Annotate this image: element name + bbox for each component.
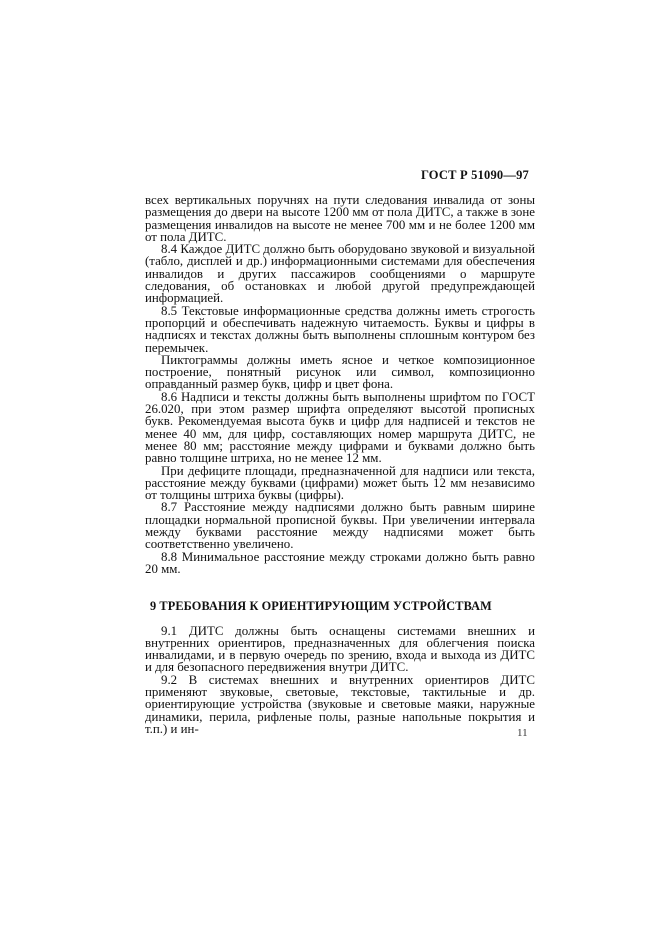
paragraph-area-deficit: При дефиците площади, предназначенной дл…	[145, 465, 535, 502]
paragraph-pictograms: Пиктограммы должны иметь ясное и четкое …	[145, 354, 535, 391]
paragraph-8-7: 8.7 Расстояние между надписями должно бы…	[145, 501, 535, 550]
paragraph-8-4: 8.4 Каждое ДИТС должно быть оборудовано …	[145, 243, 535, 304]
page-number: 11	[517, 727, 528, 739]
document-code-header: ГОСТ Р 51090—97	[389, 168, 529, 183]
paragraph-8-6: 8.6 Надписи и тексты должны быть выполне…	[145, 391, 535, 465]
document-body: всех вертикальных поручнях на пути следо…	[145, 194, 535, 735]
paragraph-8-5: 8.5 Текстовые информационные средства до…	[145, 305, 535, 354]
paragraph-8-8: 8.8 Минимальное расстояние между строкам…	[145, 551, 535, 576]
paragraph-continuation: всех вертикальных поручнях на пути следо…	[145, 194, 535, 243]
paragraph-9-2: 9.2 В системах внешних и внутренних орие…	[145, 674, 535, 735]
paragraph-9-1: 9.1 ДИТС должны быть оснащены системами …	[145, 625, 535, 674]
section-9-heading: 9 ТРЕБОВАНИЯ К ОРИЕНТИРУЮЩИМ УСТРОЙСТВАМ	[145, 600, 535, 612]
